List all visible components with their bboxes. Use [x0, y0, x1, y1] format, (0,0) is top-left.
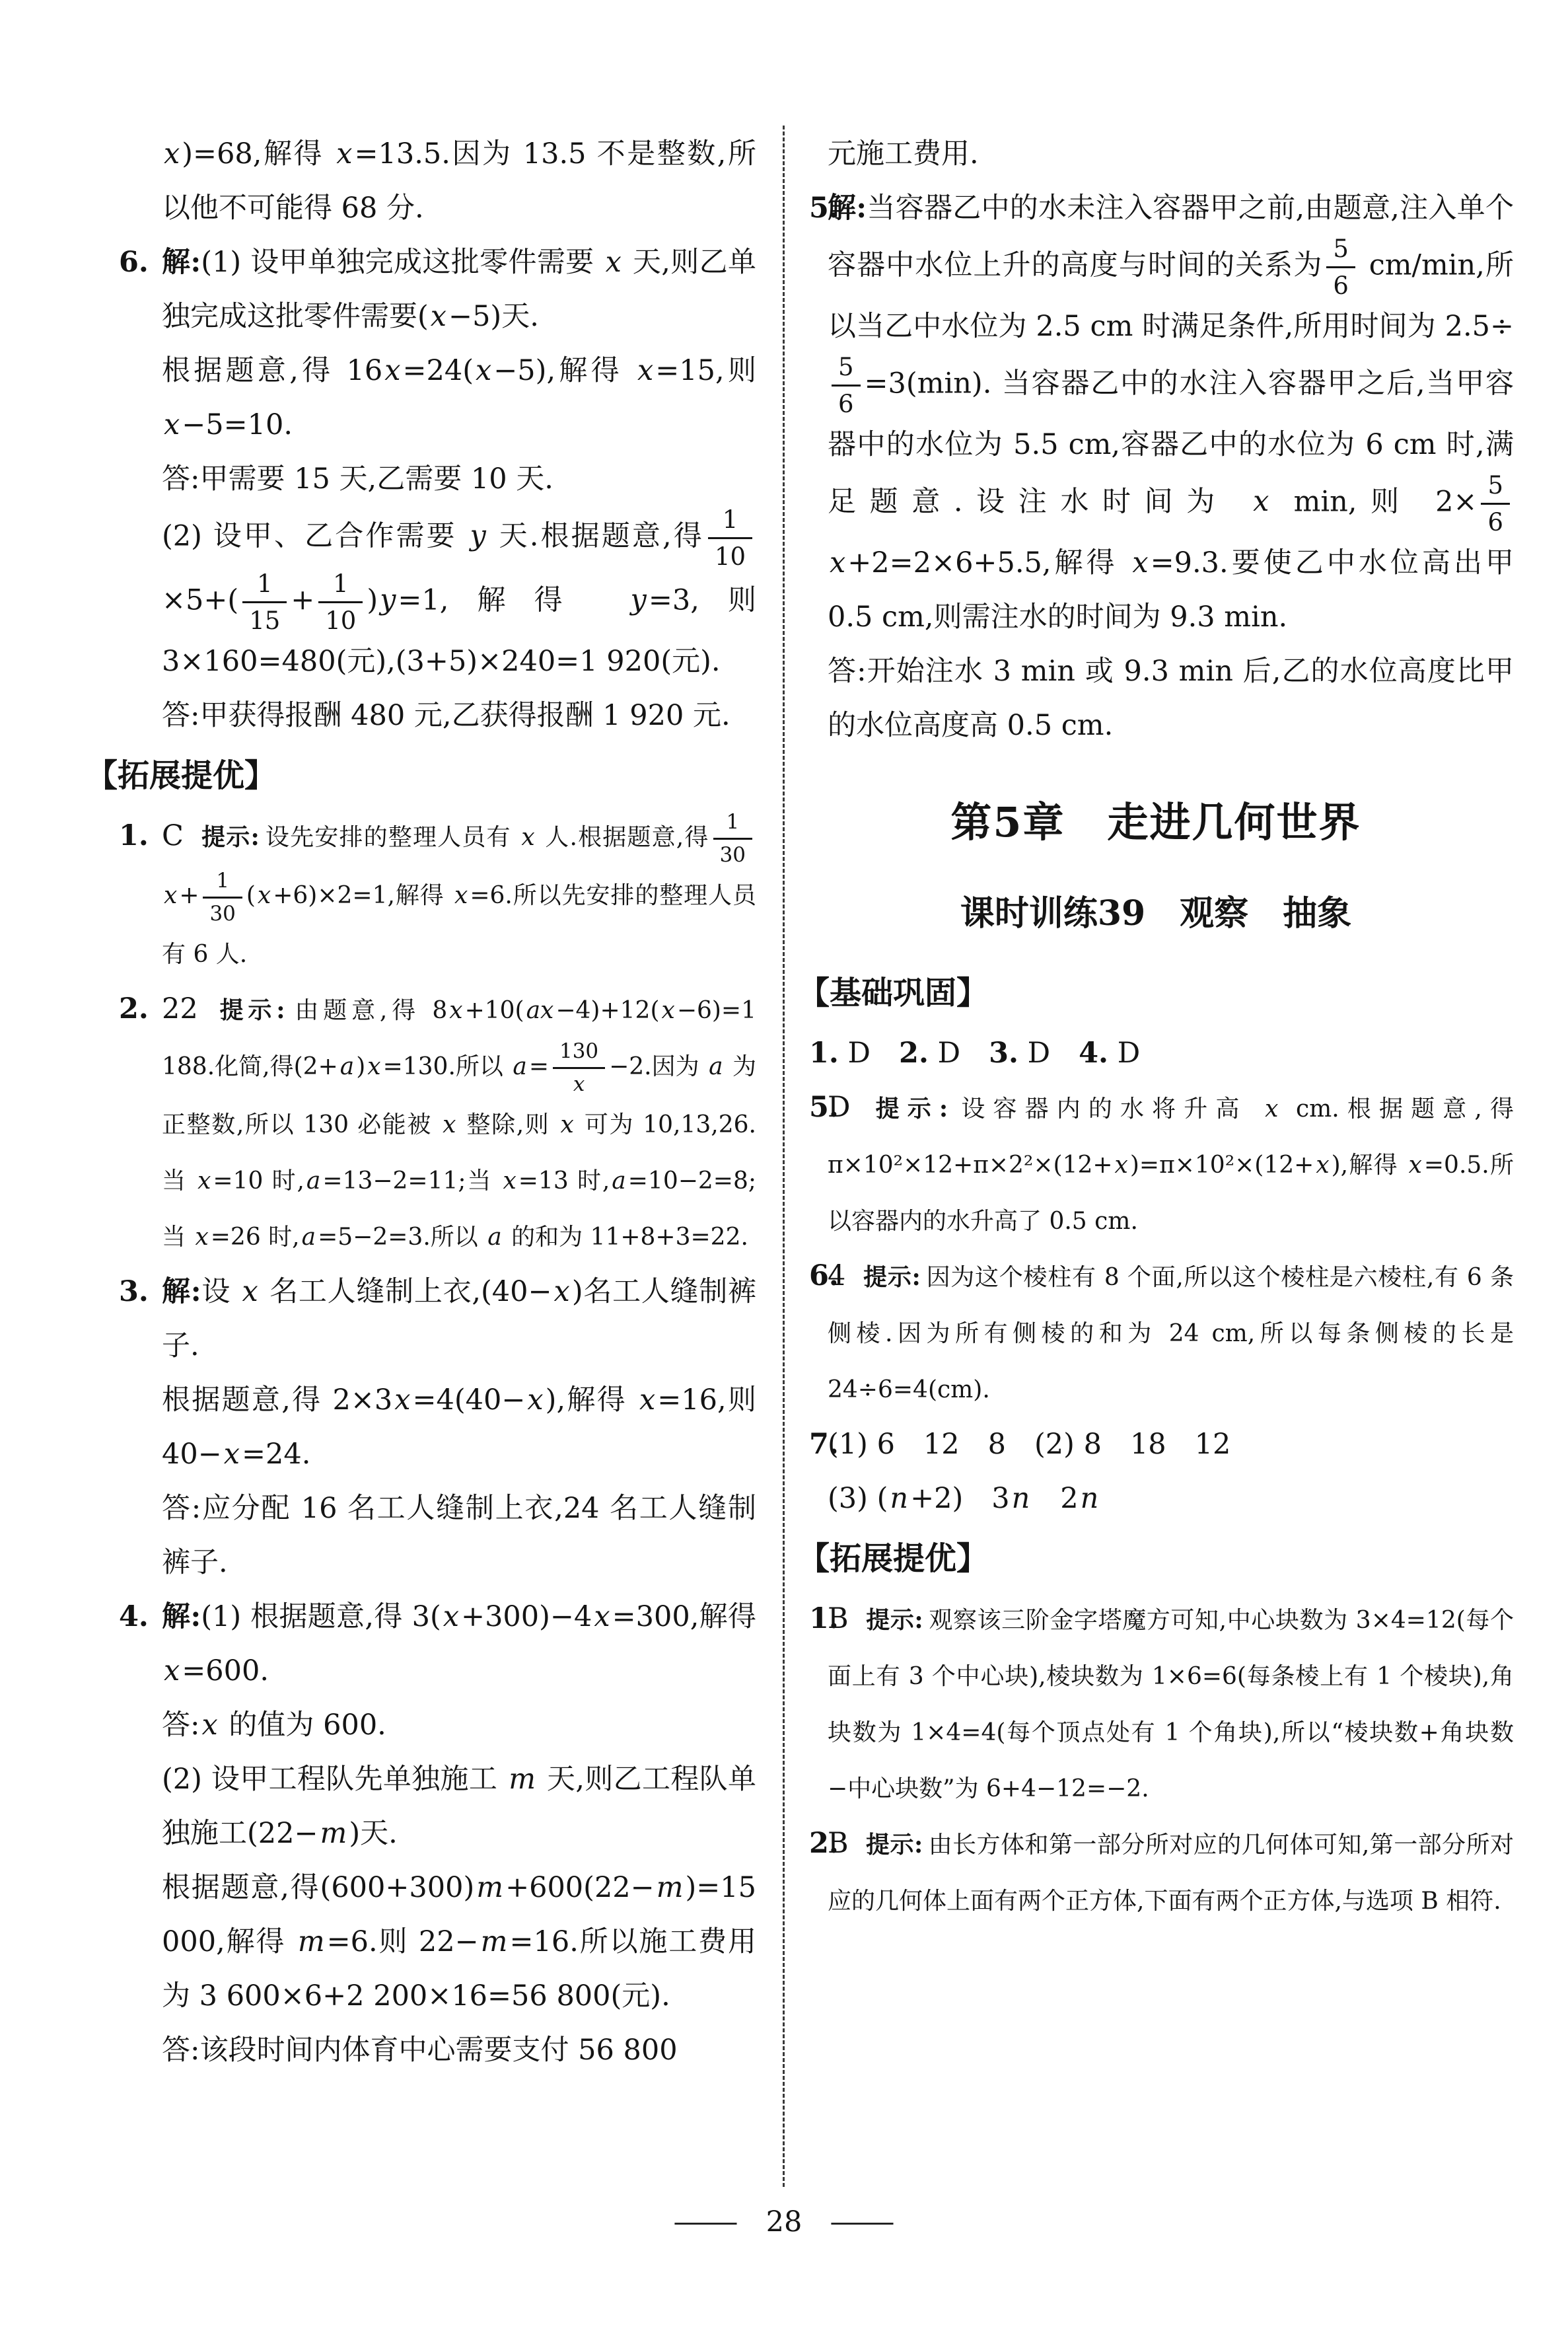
answer-with-hint: B提示:由长方体和第一部分所对应的几何体可知,第一部分所对应的几何体上面有两个正…: [828, 1816, 1514, 1929]
item-number: 1.: [119, 809, 149, 863]
solution-paragraph: 根据题意,得 16x=24(x−5),解得 x=15,则 x−5=10.: [162, 344, 756, 452]
footer-dash-left: —: [672, 2205, 740, 2238]
answer-with-hint: 22提示:由题意,得 8x+10(ax−4)+12(x−6)=1 188.化简,…: [162, 982, 756, 1265]
section-header: 【拓展提优】: [86, 745, 756, 806]
page-footer: —28—: [0, 2205, 1568, 2238]
fraction: 130: [203, 869, 242, 926]
answer-with-hint: 4提示:因为这个棱柱有 8 个面,所以这个棱柱是六棱柱,有 6 条侧棱.因为所有…: [828, 1249, 1514, 1417]
hint-text: 提示:由题意,得 8x+10(ax−4)+12(x−6)=1 188.化简,得(…: [162, 997, 756, 1251]
right-hint-item-5: 5.D提示:设容器内的水将升高 x cm.根据题意,得 π×10²×12+π×2…: [798, 1080, 1514, 1249]
hint-text: 提示:设先安排的整理人员有 x 人.根据题意,得130x+130(x+6)×2=…: [162, 824, 756, 968]
solution-paragraph: (2) 设甲工程队先单独施工 m 天,则乙工程队单独施工(22−m)天.: [162, 1752, 756, 1861]
answer-value: 22: [162, 992, 198, 1025]
answer-with-hint: C提示:设先安排的整理人员有 x 人.根据题意,得130x+130(x+6)×2…: [162, 809, 756, 982]
column-divider: [783, 126, 785, 2187]
fraction: 110: [708, 506, 752, 570]
solution-paragraph: (1) 6 12 8 (2) 8 18 12: [828, 1417, 1514, 1471]
hint-text: 提示:设容器内的水将升高 x cm.根据题意,得 π×10²×12+π×2²×(…: [828, 1095, 1514, 1235]
right-solution-item-5: 5.解:当容器乙中的水未注入容器甲之前,由题意,注入单个容器中水位上升的高度与时…: [798, 181, 1514, 753]
hint-label: 提示:: [215, 996, 285, 1024]
solution-paragraph: 解:设 x 名工人缝制上衣,(40−x)名工人缝制裤子.: [162, 1265, 756, 1373]
fraction: 110: [318, 570, 363, 634]
choice-answers-row: 1. D 2. D 3. D 4. D: [809, 1026, 1514, 1080]
page-number: 28: [766, 2205, 802, 2238]
item-number: 2.: [809, 1816, 839, 1870]
right-hint-item-2: 2.B提示:由长方体和第一部分所对应的几何体可知,第一部分所对应的几何体上面有两…: [798, 1816, 1514, 1929]
solution-paragraph: 答:甲需要 15 天,乙需要 10 天.: [162, 452, 756, 506]
solution-paragraph: 答:应分配 16 名工人缝制上衣,24 名工人缝制裤子.: [162, 1481, 756, 1590]
solution-paragraph: 解:(1) 根据题意,得 3(x+300)−4x=300,解得 x=600.: [162, 1590, 756, 1698]
item-number: 6.: [119, 235, 149, 289]
hint-text: 提示:观察该三阶金字塔魔方可知,中心块数为 3×4=12(每个面上有 3 个中心…: [828, 1607, 1514, 1802]
left-hint-item-1: 1.C提示:设先安排的整理人员有 x 人.根据题意,得130x+130(x+6)…: [86, 809, 756, 982]
item-number: 3.: [119, 1265, 149, 1319]
continuation-paragraph: x)=68,解得 x=13.5.因为 13.5 不是整数,所以他不可能得 68 …: [162, 127, 756, 235]
hint-body: 观察该三阶金字塔魔方可知,中心块数为 3×4=12(每个面上有 3 个中心块),…: [828, 1607, 1514, 1802]
fraction: 56: [1481, 472, 1510, 536]
hint-label: 提示:: [866, 1831, 923, 1859]
answer-with-hint: D提示:设容器内的水将升高 x cm.根据题意,得 π×10²×12+π×2²×…: [828, 1080, 1514, 1249]
solution-paragraph: 答:x 的值为 600.: [162, 1698, 756, 1752]
item-number: 5.: [809, 181, 839, 235]
item-number: 6.: [809, 1249, 839, 1303]
answer-value: C: [162, 819, 184, 852]
left-solution-item-3: 3.解:设 x 名工人缝制上衣,(40−x)名工人缝制裤子.根据题意,得 2×3…: [86, 1265, 756, 1590]
left-solution-item-4: 4.解:(1) 根据题意,得 3(x+300)−4x=300,解得 x=600.…: [86, 1590, 756, 2077]
section-header: 【基础巩固】: [798, 963, 1514, 1023]
solution-paragraph: (3) (n+2) 3n 2n: [828, 1471, 1514, 1526]
solution-paragraph: 答:甲获得报酬 480 元,乙获得报酬 1 920 元.: [162, 688, 756, 743]
item-number: 5.: [809, 1080, 839, 1134]
hint-label: 提示:: [867, 1095, 948, 1123]
fraction: 56: [832, 353, 861, 418]
fraction: 130: [713, 811, 752, 867]
solution-paragraph: (2) 设甲、乙合作需要 y 天.根据题意,得110×5+(115+110)y=…: [162, 506, 756, 688]
solution-paragraph: 解:当容器乙中的水未注入容器甲之前,由题意,注入单个容器中水位上升的高度与时间的…: [828, 181, 1514, 644]
answer-key-page: x)=68,解得 x=13.5.因为 13.5 不是整数,所以他不可能得 68 …: [0, 0, 1568, 2325]
left-hint-item-2: 2.22提示:由题意,得 8x+10(ax−4)+12(x−6)=1 188.化…: [86, 982, 756, 1265]
footer-dash-right: —: [828, 2205, 896, 2238]
chapter-title: 第5章 走进几何世界: [798, 790, 1514, 856]
hint-body: 由题意,得 8x+10(ax−4)+12(x−6)=1 188.化简,得(2+a…: [162, 997, 756, 1251]
continuation-paragraph: 元施工费用.: [828, 127, 1514, 181]
hint-label: 提示:: [866, 1606, 923, 1634]
item-number: 4.: [119, 1590, 149, 1644]
fraction: 56: [1326, 235, 1355, 299]
left-solution-item-6: 6.解:(1) 设甲单独完成这批零件需要 x 天,则乙单独完成这批零件需要(x−…: [86, 235, 756, 743]
solution-paragraph: 根据题意,得 2×3x=4(40−x),解得 x=16,则 40−x=24.: [162, 1373, 756, 1481]
right-hint-item-6: 6.4提示:因为这个棱柱有 8 个面,所以这个棱柱是六棱柱,有 6 条侧棱.因为…: [798, 1249, 1514, 1417]
lesson-title: 课时训练39 观察 抽象: [798, 882, 1514, 945]
hint-label: 提示:: [201, 823, 260, 851]
solution-paragraph: 答:开始注水 3 min 或 9.3 min 后,乙的水位高度比甲的水位高度高 …: [828, 644, 1514, 753]
item-number: 1.: [809, 1592, 839, 1646]
fraction: 130x: [553, 1040, 605, 1096]
hint-text: 提示:因为这个棱柱有 8 个面,所以这个棱柱是六棱柱,有 6 条侧棱.因为所有侧…: [828, 1264, 1514, 1403]
fraction: 115: [242, 570, 287, 634]
hint-body: 由长方体和第一部分所对应的几何体可知,第一部分所对应的几何体上面有两个正方体,下…: [828, 1831, 1514, 1915]
hint-body: 因为这个棱柱有 8 个面,所以这个棱柱是六棱柱,有 6 条侧棱.因为所有侧棱的和…: [828, 1264, 1514, 1403]
solution-paragraph: 解:(1) 设甲单独完成这批零件需要 x 天,则乙单独完成这批零件需要(x−5)…: [162, 235, 756, 344]
solution-paragraph: 答:该段时间内体育中心需要支付 56 800: [162, 2023, 756, 2077]
right-solution-item-7: 7.(1) 6 12 8 (2) 8 18 12(3) (n+2) 3n 2n: [798, 1417, 1514, 1526]
section-header: 【拓展提优】: [798, 1528, 1514, 1589]
hint-label: 提示:: [863, 1263, 920, 1291]
answer-with-hint: B提示:观察该三阶金字塔魔方可知,中心块数为 3×4=12(每个面上有 3 个中…: [828, 1592, 1514, 1816]
right-hint-item-1: 1.B提示:观察该三阶金字塔魔方可知,中心块数为 3×4=12(每个面上有 3 …: [798, 1592, 1514, 1816]
item-number: 2.: [119, 982, 149, 1036]
left-column: x)=68,解得 x=13.5.因为 13.5 不是整数,所以他不可能得 68 …: [86, 127, 756, 2077]
item-number: 7.: [809, 1417, 839, 1471]
right-column: 元施工费用.5.解:当容器乙中的水未注入容器甲之前,由题意,注入单个容器中水位上…: [798, 127, 1514, 1929]
solution-paragraph: 根据题意,得(600+300)m+600(22−m)=15 000,解得 m=6…: [162, 1861, 756, 2023]
hint-text: 提示:由长方体和第一部分所对应的几何体可知,第一部分所对应的几何体上面有两个正方…: [828, 1831, 1514, 1915]
